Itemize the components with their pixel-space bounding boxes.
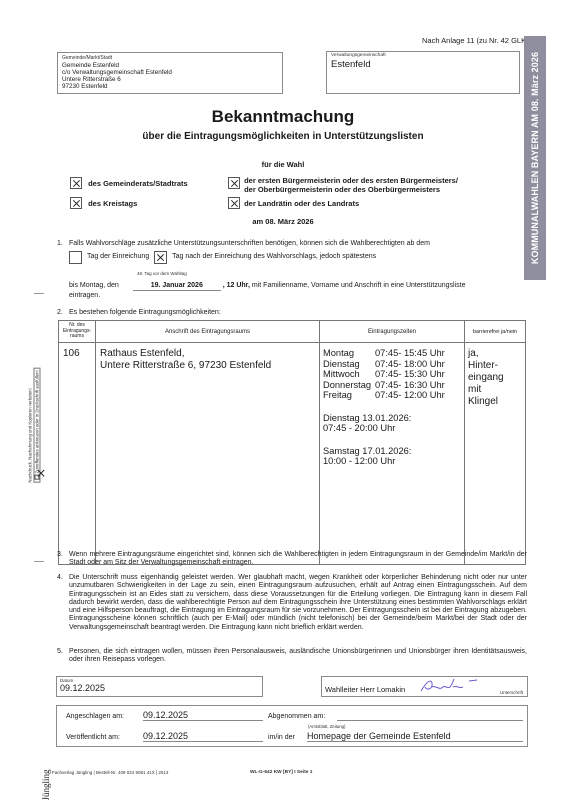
room-number: 106 — [59, 343, 96, 565]
page-title: Bekanntmachung — [0, 107, 566, 127]
registration-table: Nr. des Eintragungs-raums Anschrift des … — [58, 320, 526, 565]
municipality-box: Gemeinde/Markt/Stadt Gemeinde Estenfeld … — [57, 52, 283, 94]
signature-box: Wahlleiter Herr Lomakin Unterschrift — [321, 676, 528, 697]
checkbox-checked[interactable] — [70, 177, 82, 189]
publisher-info: Fachverlag Jüngling | Bestell-Nr. 409 02… — [52, 770, 168, 775]
page-subtitle: über die Eintragungsmöglichkeiten in Unt… — [0, 131, 566, 142]
posting-box: Angeschlagen am: 09.12.2025 Abgenommen a… — [56, 705, 528, 747]
election-option-district[interactable]: des Kreistags — [70, 197, 137, 209]
admin-community-box: Verwaltungsgemeinschaft Estenfeld — [326, 51, 520, 94]
date-box: Datum 09.12.2025 — [56, 676, 263, 697]
checkbox-checked[interactable] — [70, 197, 82, 209]
section-number: 3. — [57, 551, 63, 558]
section2-text: Es bestehen folgende Eintragungsmöglichk… — [69, 309, 221, 317]
table-header-row: Nr. des Eintragungs-raums Anschrift des … — [59, 321, 526, 343]
checkbox-checked[interactable] — [228, 197, 240, 209]
room-accessible: ja, Hinter- eingang mit Klingel — [465, 343, 526, 565]
municipality-line: 97230 Estenfeld — [62, 83, 278, 90]
col-header-times: Eintragungszeiten — [320, 321, 465, 343]
room-times: Montag07:45- 15:45 Uhr Dienstag07:45- 18… — [320, 343, 465, 565]
room-address: Rathaus Estenfeld, Untere Ritterstraße 6… — [96, 343, 320, 565]
municipality-line: Gemeinde Estenfeld — [62, 62, 278, 69]
election-option-council[interactable]: des Gemeinderats/Stadtrats — [70, 177, 188, 189]
section-number: 5. — [57, 648, 63, 655]
section4-text: Die Unterschrift muss eigenhändig geleis… — [69, 574, 527, 632]
posted-date: 09.12.2025 — [143, 710, 263, 721]
section-number: 2. — [57, 309, 63, 316]
deadline-hint: 48. Tag vor dem Wahltag — [137, 271, 187, 276]
published-medium: Homepage der Gemeinde Estenfeld — [307, 731, 523, 742]
election-option-mayor[interactable]: der ersten Bürgermeisterin oder des erst… — [228, 177, 458, 194]
municipality-line: Untere Ritterstraße 6 — [62, 76, 278, 83]
election-heading: für die Wahl — [0, 160, 566, 169]
admin-community-value: Estenfeld — [331, 59, 515, 70]
form-id: WL-G-642 KW [BY] I Seite 1 — [250, 770, 312, 775]
margin-note: Nachdruck, Nachahmung und Kopieren verbo… — [20, 350, 48, 500]
deadline-date: 19. Januar 2026 — [133, 282, 221, 291]
signer-name: Wahlleiter Herr Lomakin — [325, 685, 405, 694]
checkbox-checked — [34, 475, 39, 480]
section1-text: Falls Wahlvorschläge zusätzliche Unterst… — [69, 240, 529, 248]
deadline-suffix: eintragen. — [69, 292, 100, 300]
section1-options: Tag der Einreichung Tag nach der Einreic… — [69, 251, 376, 264]
checkbox-checked[interactable] — [154, 251, 167, 264]
published-date: 09.12.2025 — [143, 731, 263, 742]
publisher-logo: Jüngling — [40, 772, 52, 798]
fold-mark — [34, 561, 44, 562]
admin-community-label: Verwaltungsgemeinschaft — [331, 53, 515, 58]
section-number: 4. — [57, 574, 63, 581]
municipality-line: c/o Verwaltungsgemeinschaft Estenfeld — [62, 69, 278, 76]
checkbox-unchecked[interactable] — [69, 251, 82, 264]
section5-text: Personen, die sich eintragen wollen, müs… — [69, 648, 527, 665]
fold-mark — [34, 293, 44, 294]
col-header-accessible: barrierefrei ja/nein — [465, 321, 526, 343]
election-side-band-text: KOMMUNALWAHLEN BAYERN AM 08. März 2026 — [530, 52, 540, 264]
removed-date — [337, 710, 523, 721]
deadline-line: bis Montag, den 19. Januar 2026 , 12 Uhr… — [69, 282, 466, 291]
col-header-address: Anschrift des Eintragungsraums — [96, 321, 320, 343]
date-value: 09.12.2025 — [60, 683, 259, 693]
handwritten-signature-icon — [417, 677, 487, 695]
section-number: 1. — [57, 240, 63, 247]
election-option-district-admin[interactable]: der Landrätin oder des Landrats — [228, 197, 359, 209]
table-row: 106 Rathaus Estenfeld, Untere Ritterstra… — [59, 343, 526, 565]
election-date: am 08. März 2026 — [0, 217, 566, 226]
checkbox-checked[interactable] — [228, 177, 240, 189]
col-header-nr: Nr. des Eintragungs-raums — [59, 321, 96, 343]
section3-text: Wenn mehrere Eintragungsräume eingericht… — [69, 551, 527, 568]
municipality-label: Gemeinde/Markt/Stadt — [62, 55, 278, 61]
